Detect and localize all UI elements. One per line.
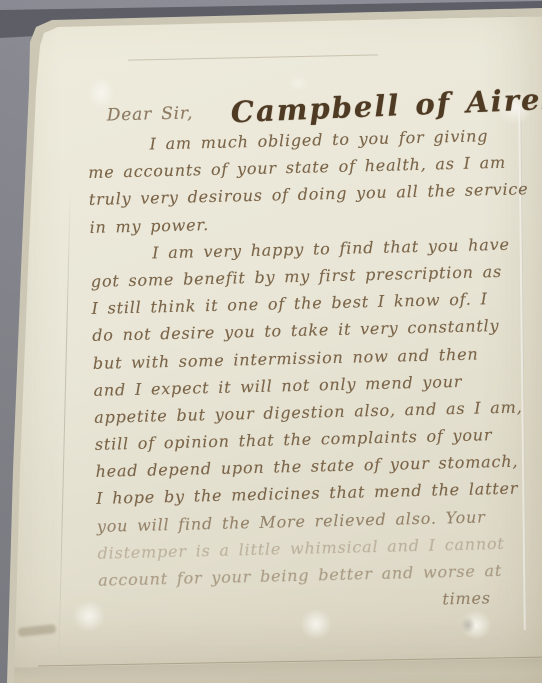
letter-page: Dear Sir, Campbell of Aires I am much ob…	[0, 0, 542, 683]
vertical-crease	[58, 185, 71, 667]
salutation: Dear Sir,	[87, 103, 194, 132]
photo-background: Dear Sir, Campbell of Aires I am much ob…	[0, 0, 542, 683]
faint-marginalia-marks	[18, 624, 57, 637]
scratch-mark	[128, 54, 378, 60]
letter-body: Dear Sir, Campbell of Aires I am much ob…	[86, 69, 537, 621]
bottom-fold-line	[38, 657, 542, 667]
stain-dark-smudge	[458, 614, 478, 636]
bottom-fold-shadow	[14, 658, 542, 683]
